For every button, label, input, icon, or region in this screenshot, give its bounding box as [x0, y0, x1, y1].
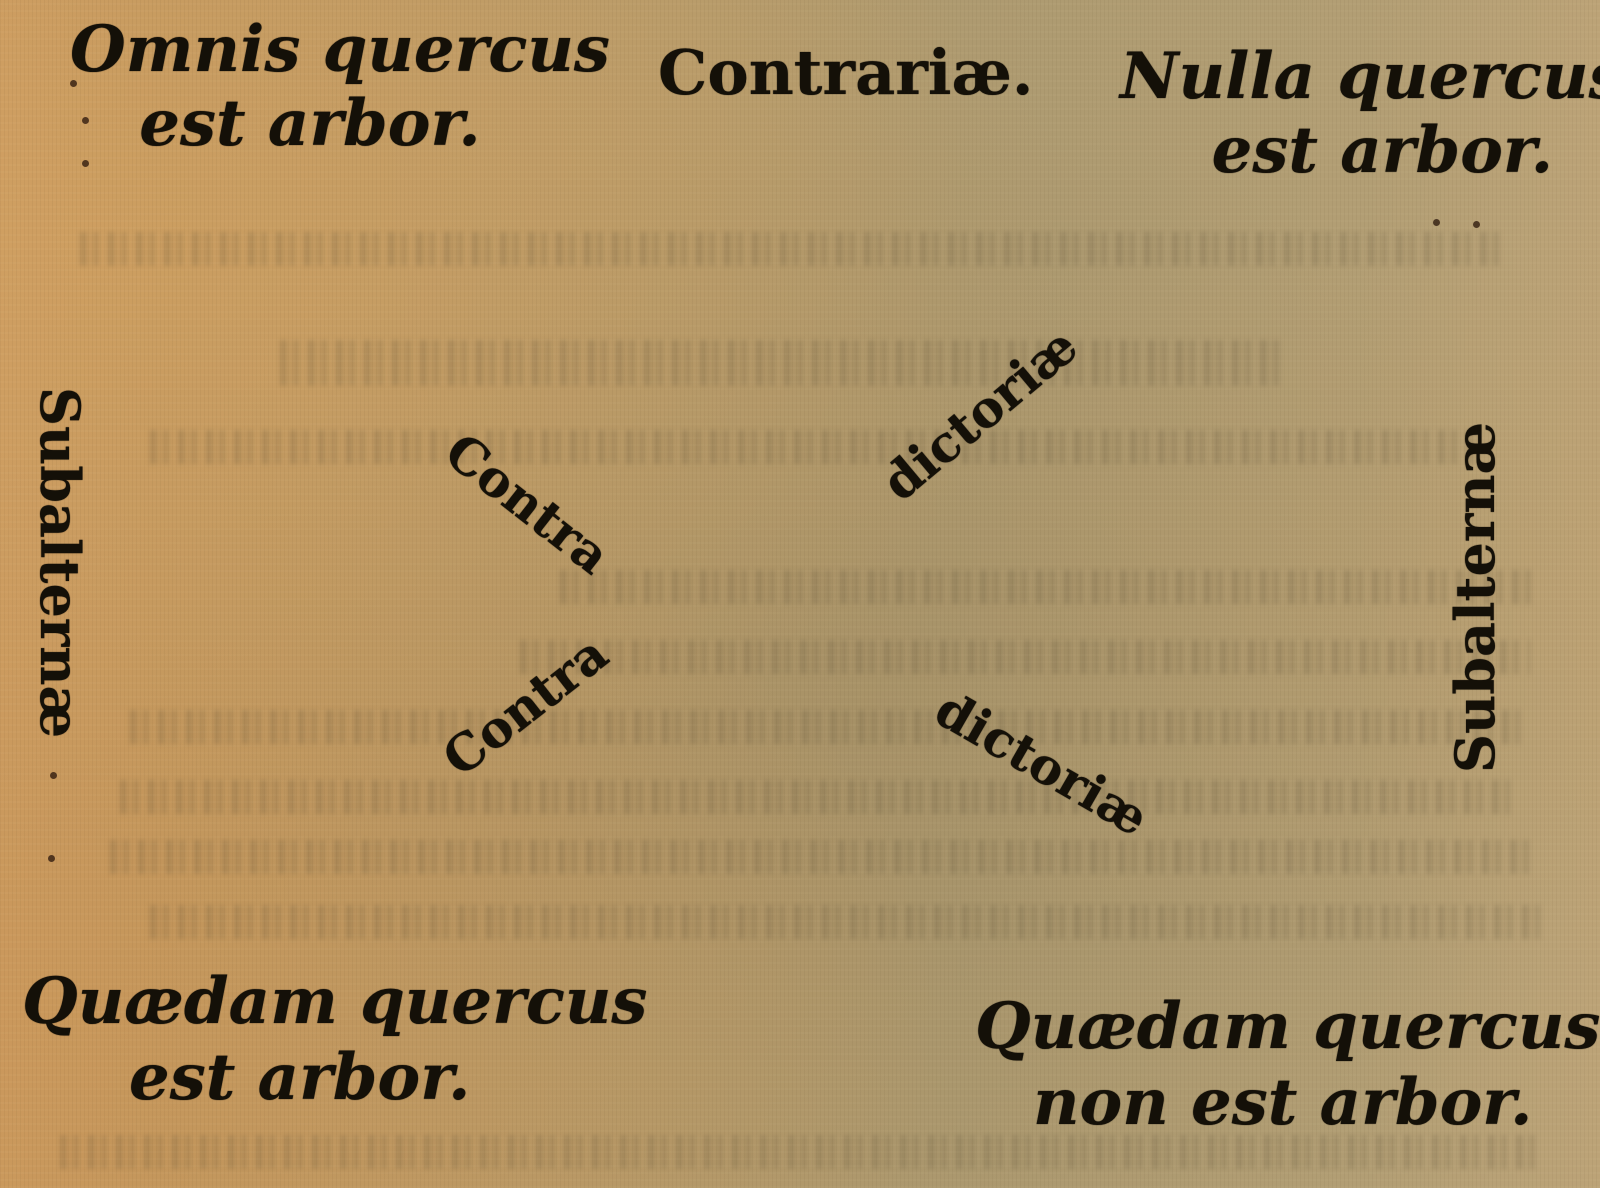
bleed-through-line — [560, 570, 1540, 604]
bleed-through-line — [130, 710, 1520, 744]
proposition-line-1: Omnis quercus — [70, 18, 610, 82]
bleed-through-line — [280, 340, 1280, 386]
proposition-line-2: est arbor. — [10, 92, 610, 156]
proposition-line-2: est arbor. — [0, 1046, 647, 1110]
corner-bottom-right-proposition: Quædam quercus non est arbor. — [975, 995, 1600, 1135]
bleed-through-line — [120, 780, 1510, 814]
proposition-line-2: non est arbor. — [965, 1071, 1600, 1135]
proposition-line-2: est arbor. — [1140, 119, 1600, 183]
bleed-through-line — [80, 232, 1500, 266]
corner-bottom-left-proposition: Quædam quercus est arbor. — [22, 970, 647, 1110]
relation-contrariae-label: Contrariæ. — [658, 42, 1034, 104]
bleed-through-line — [110, 840, 1530, 874]
bleed-through-line — [520, 640, 1530, 674]
bleed-through-line — [150, 430, 1480, 464]
relation-contradictoriae-lower-right-label: dictoriæ — [928, 683, 1156, 844]
ink-speck — [48, 855, 55, 862]
relation-subalternae-left-label: Subalternæ — [33, 387, 87, 697]
proposition-line-1: Quædam quercus — [22, 970, 647, 1034]
relation-subalternae-right-label: Subalternæ — [1448, 473, 1502, 773]
corner-top-right-proposition: Nulla quercus est arbor. — [1120, 45, 1600, 183]
ink-speck — [1433, 219, 1440, 226]
ink-speck — [82, 160, 89, 167]
bleed-through-line — [150, 905, 1540, 939]
ink-speck — [1473, 221, 1480, 228]
proposition-line-1: Nulla quercus — [1120, 45, 1600, 109]
ink-speck — [50, 772, 57, 779]
bleed-through-line — [60, 1135, 1540, 1169]
corner-top-left-proposition: Omnis quercus est arbor. — [70, 18, 610, 156]
proposition-line-1: Quædam quercus — [975, 995, 1600, 1059]
